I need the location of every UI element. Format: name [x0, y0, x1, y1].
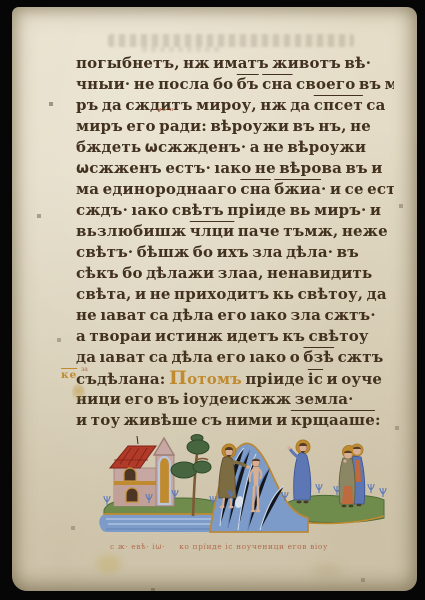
text-segment: сна	[262, 75, 292, 93]
text-segment: свѣтъ· бѣшж бо ихъ зла дѣла· въ	[76, 243, 359, 261]
text-segment: бъ	[237, 75, 259, 93]
parchment-stain	[310, 563, 342, 577]
text-segment: · и се естъ	[321, 180, 394, 198]
text-segment: пріиде	[242, 370, 308, 388]
margin-ornament	[72, 384, 85, 401]
miniature-caption: с ж· евѣ· іѡ·ко прїиде іс ноученици егов…	[110, 542, 360, 551]
text-line: погыбнетъ, нж иматъ животъ вѣ·	[76, 53, 394, 74]
text-line: не ıават са дѣла его ıако зла сжтъ·	[76, 305, 394, 326]
river-stream	[99, 514, 226, 532]
text-line: свѣтъ· бѣшж бо ихъ зла дѣла· въ	[76, 242, 394, 263]
text-line: и тоу живѣше съ ними и крщааше:	[76, 410, 394, 431]
photo-background: погыбнетъ, нж иматъ животъ вѣ·чныи· не п…	[0, 0, 425, 600]
text-segment: своего въ ми	[293, 75, 394, 93]
text-segment: крщааше	[291, 411, 375, 429]
text-segment: сна	[240, 180, 270, 198]
text-segment: погыбнетъ, нж иматъ животъ вѣ·	[76, 54, 371, 72]
text-line: сждъ· ıако свѣтъ пріиде вь миръ· и	[76, 200, 394, 221]
text-line: ѡсжженъ естъ· ıако не вѣрова въ и	[76, 158, 394, 179]
text-line: вьзлюбишж члци паче тъмж, неже	[76, 221, 394, 242]
roof-finial	[137, 436, 138, 444]
text-segment: члци	[190, 222, 235, 240]
text-line: да ıават са дѣла его ıако о бзѣ сжтъ	[76, 347, 394, 368]
text-segment: П	[169, 367, 187, 389]
text-segment: са	[363, 96, 386, 114]
text-line: ма единороднааго сна бжиа· и се естъ	[76, 179, 394, 200]
text-line: свѣта, и не приходитъ кь свѣтоу, да	[76, 284, 394, 305]
text-segment: а твораи истинж идетъ къ свѣтоу	[76, 327, 369, 345]
text-segment: вьзлюбишж	[76, 222, 190, 240]
parchment-stain	[96, 555, 122, 573]
text-segment: бзѣ	[303, 348, 334, 366]
miniature-building	[110, 436, 174, 506]
text-segment: миръ его ради: вѣроужи въ нъ, не	[76, 117, 371, 135]
text-segment: бжиа	[274, 180, 321, 198]
text-segment: іс	[308, 370, 323, 388]
text-segment: спсет	[314, 96, 363, 114]
text-segment: паче тъмж, неже	[234, 222, 388, 240]
text-segment: да ıават са дѣла его ıако о	[76, 348, 303, 366]
christ-blessing-figure	[287, 440, 311, 503]
show-through-smudge	[142, 47, 222, 52]
building-door	[159, 457, 170, 504]
margin-lection-note: за	[81, 366, 88, 373]
tower-gable	[154, 438, 174, 455]
caption-text: ко прїиде іс ноученици егов віоу	[179, 542, 328, 551]
text-line: ници его въ іоудеискжж земла·	[76, 389, 394, 410]
building-window-lower	[126, 488, 138, 502]
text-line: а твораи истинж идетъ къ свѣтоу	[76, 326, 394, 347]
text-segment: съдѣлана:	[76, 370, 169, 388]
text-segment: ръ да сждитъ мироу, нж да	[76, 96, 314, 114]
text-line: бждеть ѡсжжденъ· а не вѣроужи	[76, 137, 394, 158]
text-segment: ници его въ іоудеискжж земла·	[76, 390, 354, 408]
text-segment: не ıават са дѣла его ıако зла сжтъ·	[76, 306, 376, 324]
text-segment: отомъ	[187, 370, 242, 388]
margin-chapter-mark: ке	[61, 369, 77, 381]
parchment-specks	[12, 7, 14, 9]
interlinear-gloss: ми н	[157, 107, 174, 113]
text-segment: и оуче	[323, 370, 382, 388]
text-segment: сжтъ	[334, 348, 383, 366]
text-segment: бждеть ѡсжжденъ· а не вѣроужи	[76, 138, 366, 156]
caption-rubric: с ж· евѣ· іѡ·	[110, 542, 165, 551]
text-line: съдѣлана: Потомъ пріиде іс и оуче	[76, 368, 394, 389]
text-line: ръ да сждитъ мироу, нж да спсет са	[76, 95, 394, 116]
building-gold-band	[114, 481, 156, 485]
manuscript-page: погыбнетъ, нж иматъ животъ вѣ·чныи· не п…	[12, 7, 417, 591]
show-through-smudge	[108, 34, 354, 47]
text-line: чныи· не посла бо бъ сна своего въ ми	[76, 74, 394, 95]
text-segment: ма единороднааго	[76, 180, 240, 198]
text-line: миръ его ради: вѣроужи въ нъ, не	[76, 116, 394, 137]
text-block: погыбнетъ, нж иматъ животъ вѣ·чныи· не п…	[76, 53, 394, 431]
text-segment: ѡсжженъ естъ· ıако не вѣрова въ и	[76, 159, 383, 177]
text-segment: сѣкъ бо дѣлажи злаа, ненавидить	[76, 264, 372, 282]
text-segment: :	[375, 411, 381, 429]
text-segment: и тоу живѣше съ ними и	[76, 411, 291, 429]
text-segment: чныи· не посла бо	[76, 75, 237, 93]
disciples-pair	[339, 444, 365, 507]
text-segment: сждъ· ıако свѣтъ пріиде вь миръ· и	[76, 201, 381, 219]
baptism-miniature	[98, 434, 388, 538]
text-line: сѣкъ бо дѣлажи злаа, ненавидить	[76, 263, 394, 284]
building-window-upper	[124, 468, 136, 481]
text-segment: свѣта, и не приходитъ кь свѣтоу, да	[76, 285, 387, 303]
